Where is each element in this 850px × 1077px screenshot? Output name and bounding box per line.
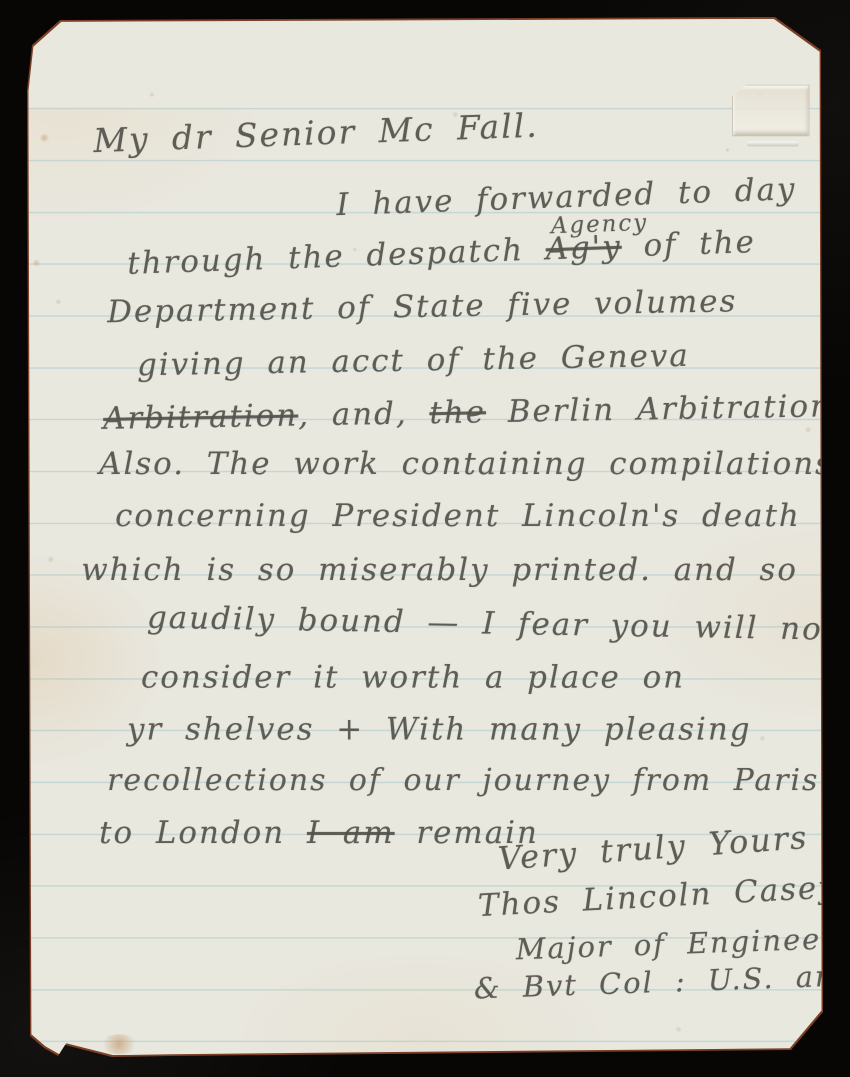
handwriting-line: to London I am remain [99, 815, 539, 851]
struck-word: Arbitration [103, 398, 299, 437]
handwriting-text: Also. The work containing compilations [99, 446, 833, 482]
embossed-stamp [732, 85, 810, 137]
photo-canvas: My dr Senior Mc Fall.I have forwarded to… [0, 0, 850, 1077]
handwriting-text: yr shelves + With many pleasing [127, 711, 752, 747]
handwriting-text: Thos Lincoln Casey [477, 869, 838, 924]
handwriting-text: to London [99, 815, 307, 851]
handwriting-line: through the despatch AgencyAg'y of the [127, 224, 757, 282]
inserted-word: Agency [551, 210, 649, 239]
foxing-spot [47, 556, 54, 563]
handwriting-text: Very truly Yours [497, 818, 810, 877]
handwriting-line: concerning President Lincoln's death [115, 498, 801, 534]
handwriting-text: through the despatch [127, 231, 547, 281]
struck-word: I am [307, 815, 395, 851]
handwriting-text: concerning President Lincoln's death [115, 498, 801, 534]
handwriting-line: recollections of our journey from Paris [107, 763, 819, 798]
handwriting-text: gaudily bound — I fear you will not [147, 600, 838, 648]
foxing-spot [39, 133, 49, 142]
handwriting-line: Thos Lincoln Casey [477, 869, 838, 924]
foxing-spot [32, 259, 40, 267]
foxing-spot [99, 1034, 139, 1054]
foxing-spot [149, 92, 155, 98]
handwriting-text: giving an acct of the Geneva [137, 338, 690, 384]
foxing-spot [725, 147, 730, 152]
struck-word: the [429, 394, 486, 431]
handwriting-line: Department of State five volumes [107, 283, 738, 330]
handwriting-line: gaudily bound — I fear you will not [147, 600, 838, 648]
handwriting-text: Berlin Arbitrations [486, 388, 850, 430]
handwriting-line: Arbitration, and, the Berlin Arbitration… [103, 388, 850, 437]
handwriting-line: yr shelves + With many pleasing [127, 711, 752, 747]
handwriting-line: Also. The work containing compilations [99, 446, 833, 482]
handwriting-text: Department of State five volumes [107, 283, 738, 330]
foxing-spot [759, 735, 766, 741]
handwriting-line: consider it worth a place on [141, 660, 685, 696]
handwriting-line: Very truly Yours [497, 818, 810, 877]
handwriting-line: giving an acct of the Geneva [137, 338, 690, 384]
handwriting-text: consider it worth a place on [141, 660, 685, 696]
handwriting-text: , and, [298, 395, 430, 433]
inserted-correction: AgencyAg'y [545, 229, 622, 268]
handwriting-text: which is so miserably printed. and so [81, 552, 798, 588]
stamp-ridge [747, 141, 799, 146]
foxing-spot [55, 299, 61, 305]
foxing-spot [805, 426, 812, 433]
handwriting-line: which is so miserably printed. and so [81, 552, 798, 588]
handwriting-line: My dr Senior Mc Fall. [93, 106, 540, 160]
handwriting-text: recollections of our journey from Paris [107, 763, 819, 798]
paper-edge: My dr Senior Mc Fall.I have forwarded to… [0, 0, 850, 1077]
letter-paper: My dr Senior Mc Fall.I have forwarded to… [1, 2, 848, 1075]
foxing-spot [675, 1026, 682, 1032]
handwriting-text: My dr Senior Mc Fall. [93, 106, 540, 160]
